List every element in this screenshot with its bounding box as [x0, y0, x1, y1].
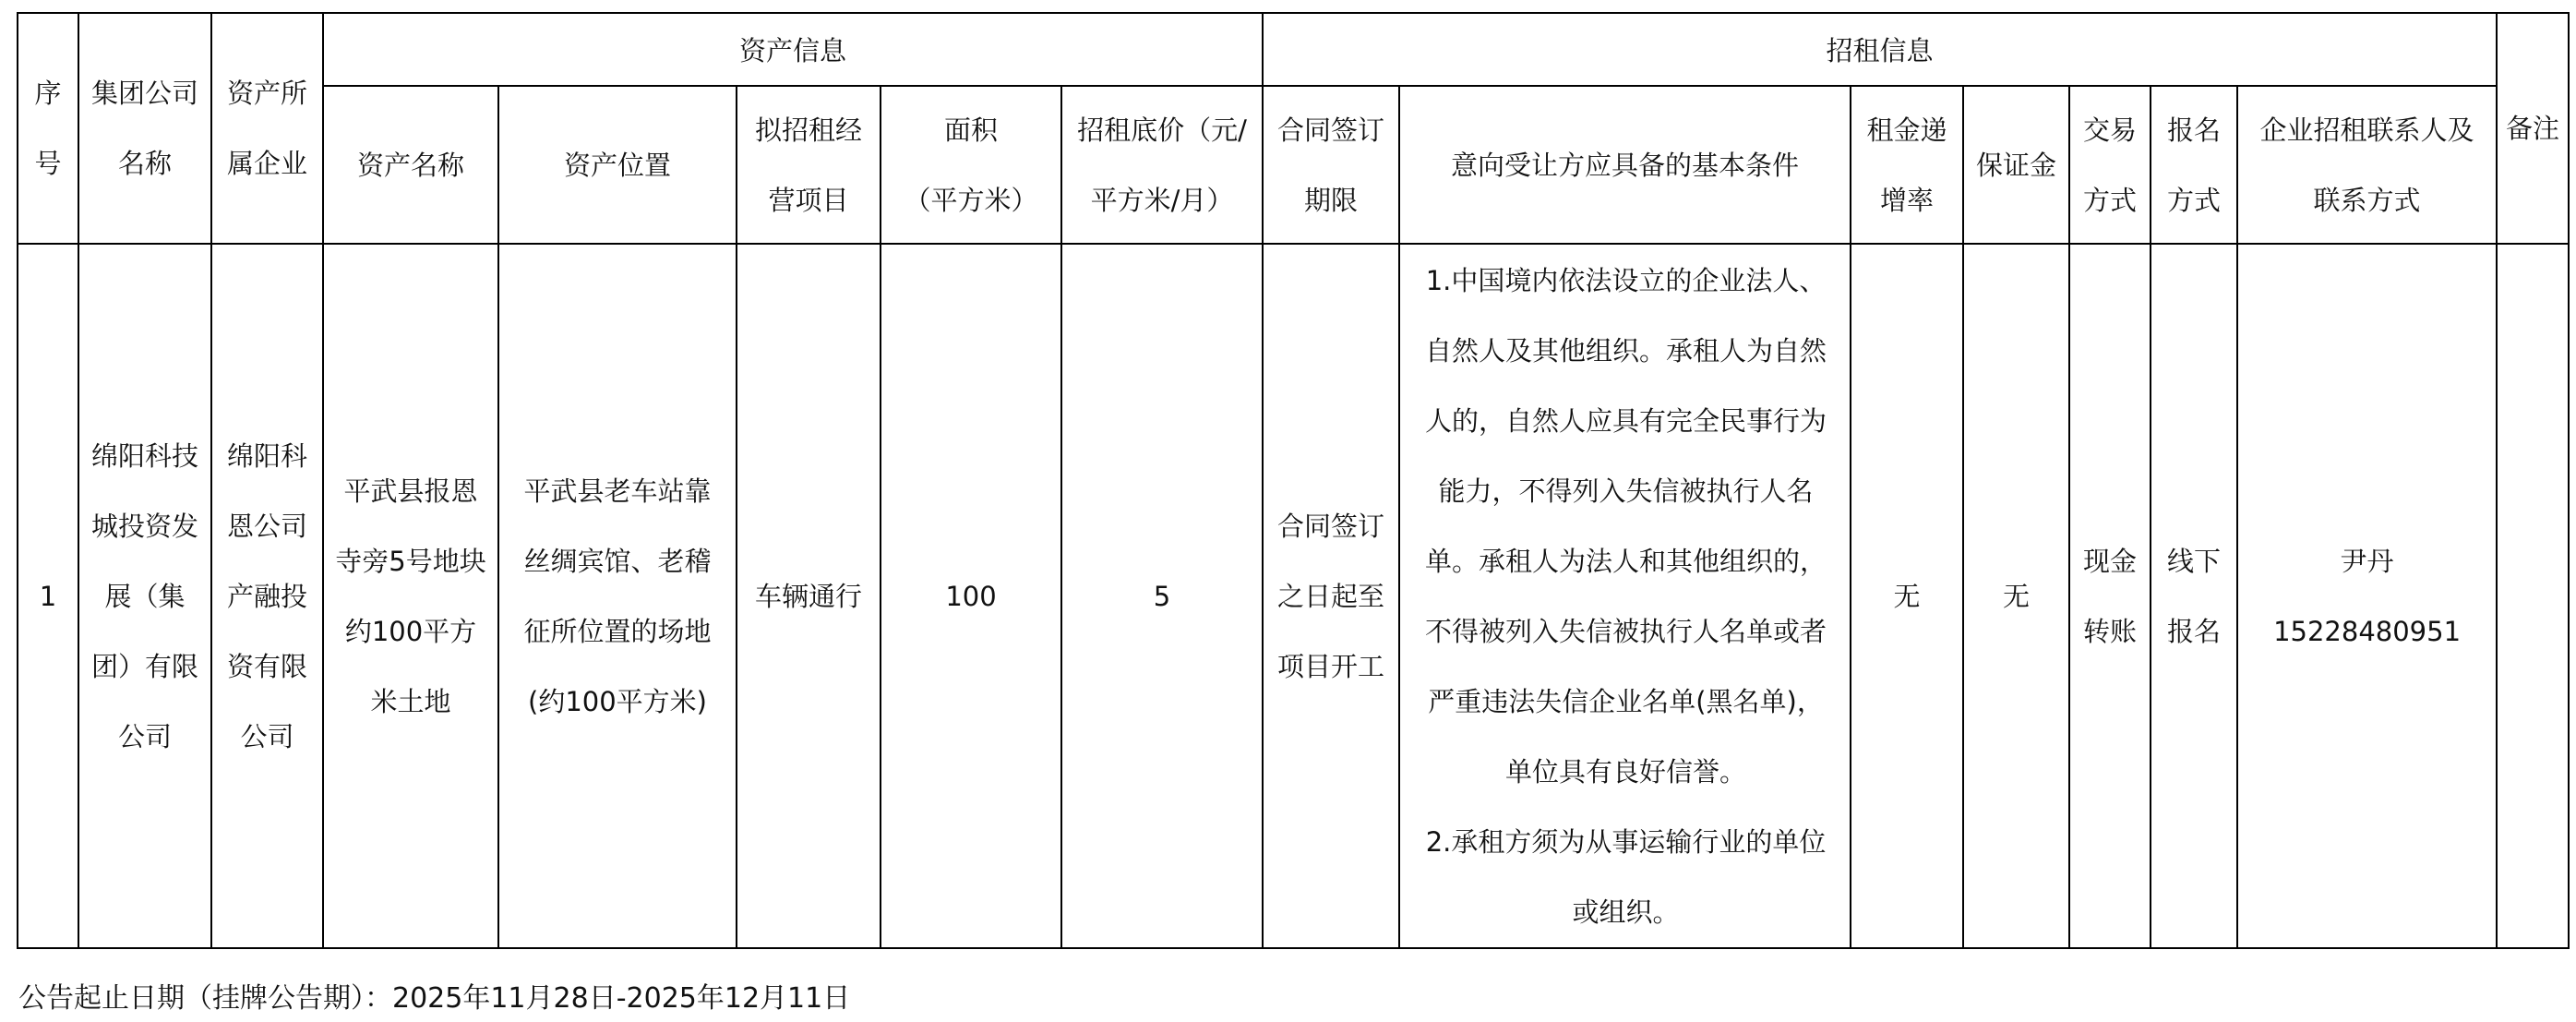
cell-text-line: 平武县报恩 [324, 456, 497, 526]
cell-remarks [2497, 244, 2569, 948]
cell-text-line: 城投资发 [79, 491, 210, 561]
cell-text-line: 集团公司 [79, 58, 210, 128]
cell-text-line: 拟招租经 [737, 95, 880, 165]
header-deposit: 保证金 [1963, 86, 2069, 244]
cell-text-line: 团）有限 [79, 631, 210, 702]
cell-text-line: 车辆通行 [737, 561, 880, 631]
header-planned-use: 拟招租经营项目 [737, 86, 881, 244]
cell-text-line: 5 [1062, 561, 1262, 631]
cell-text-line: 公司 [212, 702, 322, 772]
header-area: 面积（平方米） [881, 86, 1061, 244]
cell-text-line: 征所位置的场地 [499, 596, 736, 667]
header-trade-method: 交易方式 [2069, 86, 2151, 244]
cell-text-line: 资产位置 [499, 130, 736, 200]
cell-text-line: 资产所 [212, 58, 322, 128]
cell-text-line: 面积 [881, 95, 1060, 165]
cell-text-line: 序 [18, 58, 78, 128]
cell-text-line: 严重违法失信企业名单(黑名单)， [1400, 667, 1850, 737]
cell-text-line: 报名 [2151, 95, 2236, 165]
cell-seq: 1 [18, 244, 78, 948]
cell-text-line: 无 [1964, 561, 2068, 631]
cell-text-line: 方式 [2151, 165, 2236, 235]
cell-text-line: 报名 [2151, 596, 2236, 667]
header-remarks: 备注 [2497, 13, 2569, 244]
cell-contact: 尹丹15228480951 [2237, 244, 2497, 948]
cell-text-line: 1 [18, 561, 78, 631]
cell-contract-term: 合同签订之日起至项目开工 [1263, 244, 1399, 948]
cell-text-line: 增率 [1851, 165, 1962, 235]
cell-group-company: 绵阳科技城投资发展（集团）有限公司 [78, 244, 211, 948]
cell-text-line: 现金 [2070, 526, 2150, 596]
header-conditions: 意向受让方应具备的基本条件 [1399, 86, 1851, 244]
cell-text-line: 方式 [2070, 165, 2150, 235]
cell-base-price: 5 [1061, 244, 1263, 948]
cell-conditions: 1.中国境内依法设立的企业法人、自然人及其他组织。承租人为自然人的，自然人应具有… [1399, 244, 1851, 948]
header-contract-term: 合同签订期限 [1263, 86, 1399, 244]
cell-text-line: 营项目 [737, 165, 880, 235]
cell-text-line: 资产名称 [324, 130, 497, 200]
cell-signup-method: 线下报名 [2151, 244, 2237, 948]
cell-text-line: 名称 [79, 128, 210, 198]
cell-text-line: 之日起至 [1264, 561, 1398, 631]
cell-text-line: 线下 [2151, 526, 2236, 596]
cell-text-line: 无 [1851, 561, 1962, 631]
header-base-price: 招租底价（元/平方米/月） [1061, 86, 1263, 244]
announcement-period: 公告起止日期（挂牌公告期）：2025年11月28日-2025年12月11日 [18, 979, 850, 1019]
cell-text-line: 公司 [79, 702, 210, 772]
cell-text-line: 尹丹 [2238, 526, 2496, 596]
cell-text-line: 不得被列入失信被执行人名单或者 [1400, 596, 1850, 667]
header-signup-method: 报名方式 [2151, 86, 2237, 244]
cell-text-line: 1.中国境内依法设立的企业法人、 [1400, 246, 1850, 316]
cell-text-line: 意向受让方应具备的基本条件 [1400, 130, 1850, 200]
header-row-columns: 资产名称 资产位置 拟招租经营项目 面积（平方米） 招租底价（元/平方米/月） … [18, 86, 2569, 244]
cell-text-line: 合同签订 [1264, 95, 1398, 165]
cell-text-line: 项目开工 [1264, 631, 1398, 702]
cell-text-line: 单。承租人为法人和其他组织的， [1400, 526, 1850, 596]
cell-asset-owner: 绵阳科恩公司产融投资有限公司 [211, 244, 323, 948]
cell-text-line: 绵阳科技 [79, 421, 210, 491]
cell-text-line: 丝绸宾馆、老稽 [499, 526, 736, 596]
cell-text-line: 联系方式 [2238, 165, 2496, 235]
cell-text-line: 米土地 [324, 667, 497, 737]
cell-text-line: 企业招租联系人及 [2238, 95, 2496, 165]
cell-text-line: 平方米/月） [1062, 165, 1262, 235]
cell-text-line: 备注 [2498, 93, 2568, 163]
cell-text-line: 交易 [2070, 95, 2150, 165]
header-asset-name: 资产名称 [323, 86, 498, 244]
cell-text-line: 100 [881, 561, 1060, 631]
header-asset-location: 资产位置 [498, 86, 737, 244]
header-lease-info-group: 招租信息 [1263, 13, 2497, 86]
header-asset-owner: 资产所属企业 [211, 13, 323, 244]
cell-text-line: 能力，不得列入失信被执行人名 [1400, 456, 1850, 526]
cell-text-line: 自然人及其他组织。承租人为自然 [1400, 316, 1850, 386]
header-asset-info-group: 资产信息 [323, 13, 1263, 86]
cell-text-line: 人的，自然人应具有完全民事行为 [1400, 386, 1850, 456]
cell-text-line: (约100平方米) [499, 667, 736, 737]
cell-text-line: 合同签订 [1264, 491, 1398, 561]
header-seq: 序号 [18, 13, 78, 244]
cell-text-line: 产融投 [212, 561, 322, 631]
cell-text-line: 属企业 [212, 128, 322, 198]
cell-text-line: 绵阳科 [212, 421, 322, 491]
header-rent-increase: 租金递增率 [1851, 86, 1963, 244]
cell-asset-name: 平武县报恩寺旁5号地块约100平方米土地 [323, 244, 498, 948]
cell-text-line: （平方米） [881, 165, 1060, 235]
cell-trade-method: 现金转账 [2069, 244, 2151, 948]
cell-text-line: 号 [18, 128, 78, 198]
cell-text-line: 转账 [2070, 596, 2150, 667]
cell-text-line: 租金递 [1851, 95, 1962, 165]
cell-text-line: 寺旁5号地块 [324, 526, 497, 596]
cell-text-line: 2.承租方须为从事运输行业的单位 [1400, 807, 1850, 877]
cell-text-line: 恩公司 [212, 491, 322, 561]
header-group-company: 集团公司名称 [78, 13, 211, 244]
cell-planned-use: 车辆通行 [737, 244, 881, 948]
table-row: 1 绵阳科技城投资发展（集团）有限公司 绵阳科恩公司产融投资有限公司 平武县报恩… [18, 244, 2569, 948]
cell-text-line: 资有限 [212, 631, 322, 702]
cell-text-line: 约100平方 [324, 596, 497, 667]
header-contact: 企业招租联系人及联系方式 [2237, 86, 2497, 244]
cell-asset-location: 平武县老车站靠丝绸宾馆、老稽征所位置的场地(约100平方米) [498, 244, 737, 948]
cell-text-line: 平武县老车站靠 [499, 456, 736, 526]
cell-text-line: 单位具有良好信誉。 [1400, 737, 1850, 807]
cell-text-line: 15228480951 [2238, 596, 2496, 667]
lease-notice-table: 序号 集团公司名称 资产所属企业 资产信息 招租信息 备注 资产名称 资产位置 … [17, 12, 2570, 949]
header-row-group: 序号 集团公司名称 资产所属企业 资产信息 招租信息 备注 [18, 13, 2569, 86]
cell-text-line: 保证金 [1964, 130, 2068, 200]
cell-rent-increase: 无 [1851, 244, 1963, 948]
cell-text-line: 期限 [1264, 165, 1398, 235]
cell-text-line: 展（集 [79, 561, 210, 631]
cell-text-line: 或组织。 [1400, 877, 1850, 947]
cell-deposit: 无 [1963, 244, 2069, 948]
cell-area: 100 [881, 244, 1061, 948]
cell-text-line: 招租底价（元/ [1062, 95, 1262, 165]
